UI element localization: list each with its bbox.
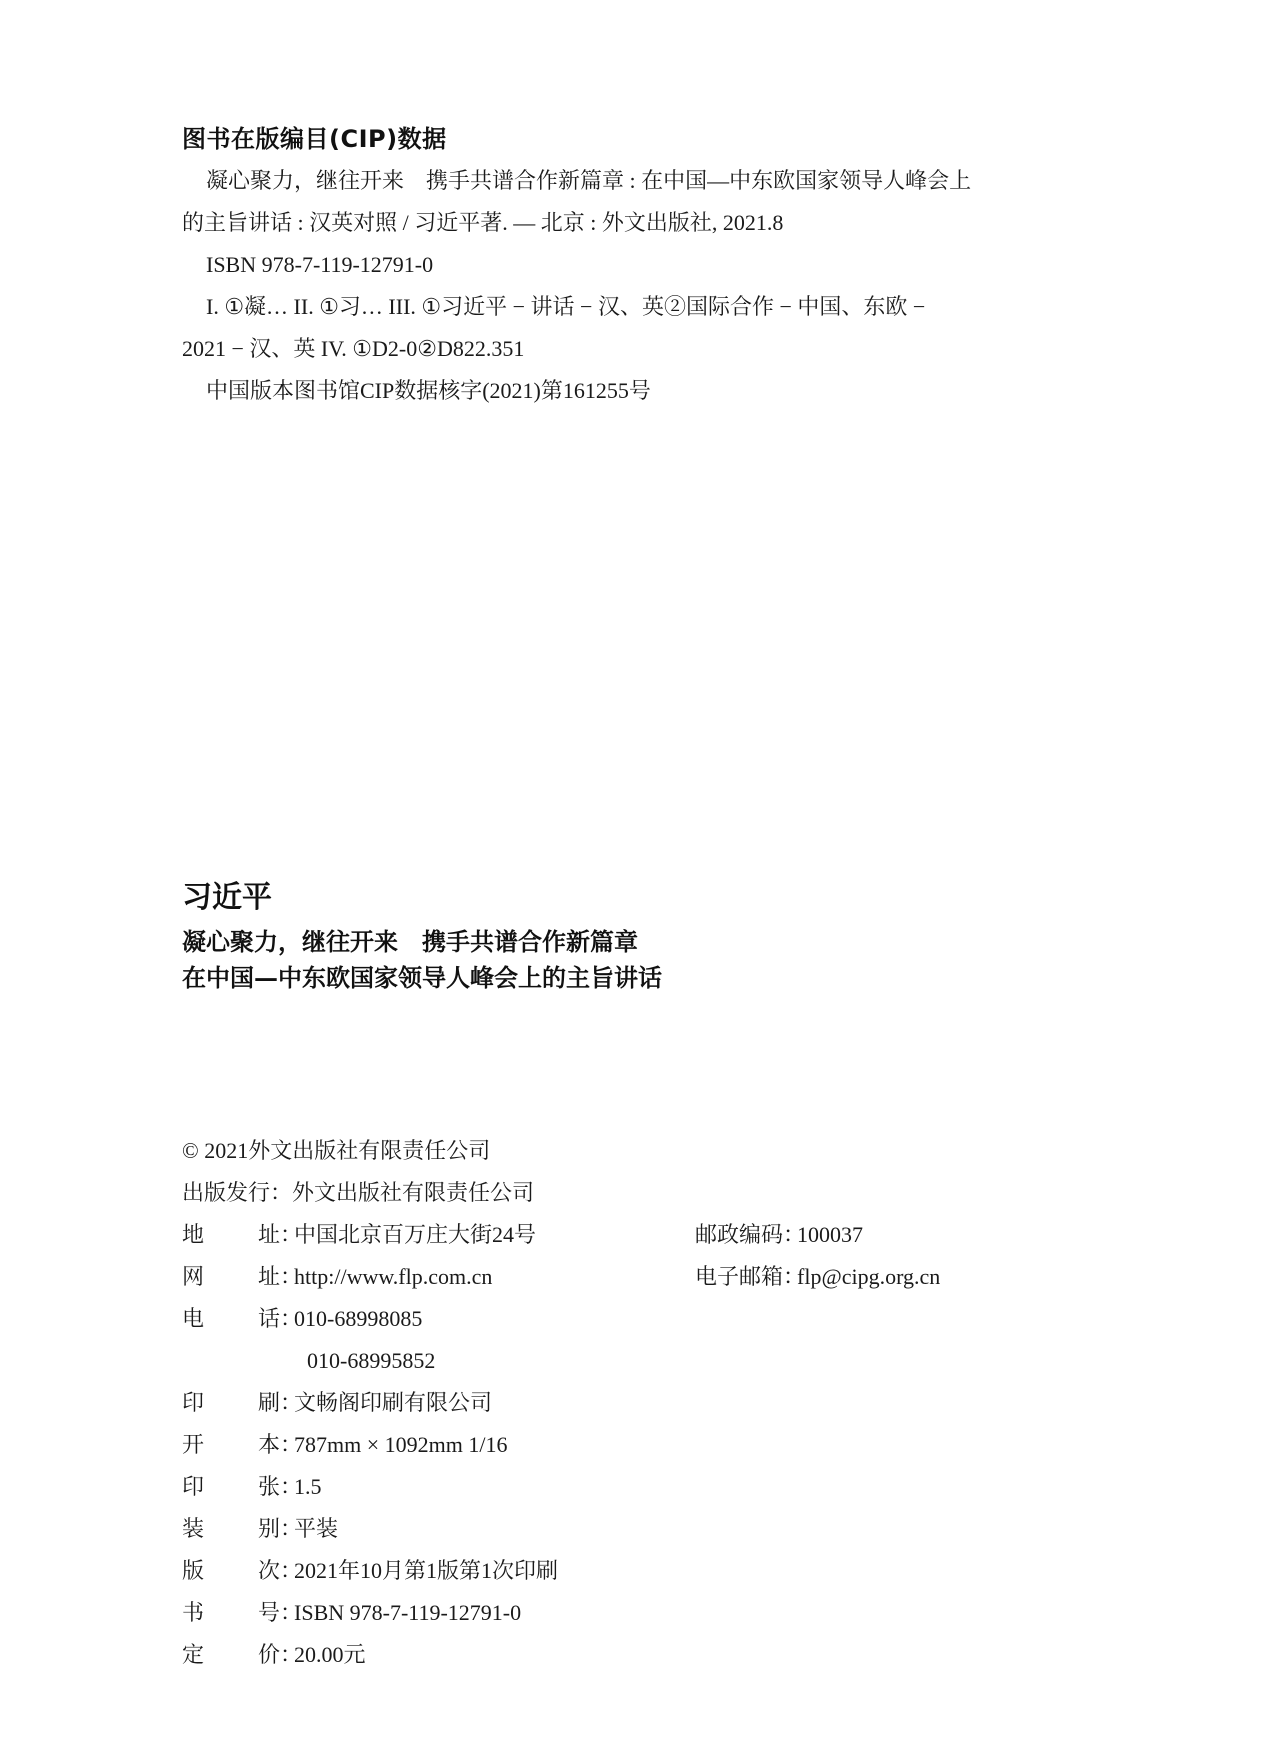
colon: ： xyxy=(783,1256,797,1298)
cip-classification: I. ①凝… II. ①习… III. ①习近平 − 讲话 − 汉、英②国际合作… xyxy=(182,286,1102,328)
colon: ： xyxy=(280,1592,294,1634)
author-name: 习近平 xyxy=(182,876,1082,924)
isbn-row: 书 号 ： ISBN 978-7-119-12791-0 xyxy=(182,1592,1082,1634)
price-row: 定 价 ： 20.00元 xyxy=(182,1634,1082,1676)
colon: ： xyxy=(280,1424,294,1466)
address-value: 中国北京百万庄大街24号 xyxy=(294,1214,536,1256)
label-char-2: 价 xyxy=(258,1634,280,1676)
label-char-1: 印 xyxy=(182,1382,258,1424)
cip-data-block: 图书在版编目(CIP)数据 凝心聚力，继往开来 携手共谱合作新篇章 : 在中国—… xyxy=(182,118,1102,412)
cip-classification-cont: 2021 − 汉、英 IV. ①D2-0②D822.351 xyxy=(182,328,1102,370)
phone-value-1: 010-68998085 xyxy=(294,1298,422,1340)
website-link[interactable]: http://www.flp.com.cn xyxy=(294,1256,492,1298)
label-char-2: 本 xyxy=(258,1424,280,1466)
book-subtitle: 在中国—中东欧国家领导人峰会上的主旨讲话 xyxy=(182,960,1082,996)
phone-value-2: 010-68995852 xyxy=(307,1340,435,1382)
copyright-page: 图书在版编目(CIP)数据 凝心聚力，继往开来 携手共谱合作新篇章 : 在中国—… xyxy=(0,0,1269,1742)
publisher-row: 出版发行： 外文出版社有限责任公司 xyxy=(182,1172,1082,1214)
cip-title-line-cont: 的主旨讲话 : 汉英对照 / 习近平著. — 北京 : 外文出版社, 2021.… xyxy=(182,202,1102,244)
isbn-value: ISBN 978-7-119-12791-0 xyxy=(294,1592,521,1634)
label-char-2: 次 xyxy=(258,1550,280,1592)
sheets-row: 印 张 ： 1.5 xyxy=(182,1466,1082,1508)
label-char-2: 址 xyxy=(258,1214,280,1256)
label-char-2: 址 xyxy=(258,1256,280,1298)
label-char-1: 电 xyxy=(182,1298,258,1340)
printer-value: 文畅阁印刷有限公司 xyxy=(294,1382,492,1424)
colon: ： xyxy=(280,1508,294,1550)
colon: ： xyxy=(280,1382,294,1424)
cip-verification-number: 中国版本图书馆CIP数据核字(2021)第161255号 xyxy=(182,370,1102,412)
phone-row: 电 话 ： 010-68998085 xyxy=(182,1298,1082,1340)
publisher-value: 外文出版社有限责任公司 xyxy=(292,1172,534,1214)
edition-value: 2021年10月第1版第1次印刷 xyxy=(294,1550,558,1592)
label-char-2: 别 xyxy=(258,1508,280,1550)
printer-row: 印 刷 ： 文畅阁印刷有限公司 xyxy=(182,1382,1082,1424)
colon: ： xyxy=(280,1256,294,1298)
colon: ： xyxy=(280,1550,294,1592)
book-title-block: 习近平 凝心聚力，继往开来 携手共谱合作新篇章 在中国—中东欧国家领导人峰会上的… xyxy=(182,876,1082,996)
colon: ： xyxy=(280,1634,294,1676)
label-char-1: 网 xyxy=(182,1256,258,1298)
binding-value: 平装 xyxy=(294,1508,338,1550)
colon: ： xyxy=(783,1214,797,1256)
binding-row: 装 别 ： 平装 xyxy=(182,1508,1082,1550)
label-char-2: 话 xyxy=(258,1298,280,1340)
cip-isbn: ISBN 978-7-119-12791-0 xyxy=(182,244,1102,286)
website-row: 网 址 ： http://www.flp.com.cn 电子邮箱 ： flp@c… xyxy=(182,1256,1082,1298)
colon: ： xyxy=(280,1214,294,1256)
colon: ： xyxy=(280,1466,294,1508)
label-char-1: 书 xyxy=(182,1592,258,1634)
label-char-1: 地 xyxy=(182,1214,258,1256)
imprint-block: © 2021外文出版社有限责任公司 出版发行： 外文出版社有限责任公司 地 址 … xyxy=(182,1130,1082,1676)
address-row: 地 址 ： 中国北京百万庄大街24号 邮政编码 ： 100037 xyxy=(182,1214,1082,1256)
format-row: 开 本 ： 787mm × 1092mm 1/16 xyxy=(182,1424,1082,1466)
sheets-value: 1.5 xyxy=(294,1466,322,1508)
format-value: 787mm × 1092mm 1/16 xyxy=(294,1424,507,1466)
label-char-2: 号 xyxy=(258,1592,280,1634)
label-char-2: 刷 xyxy=(258,1382,280,1424)
copyright-notice: © 2021外文出版社有限责任公司 xyxy=(182,1130,1082,1172)
postal-code-value: 100037 xyxy=(797,1214,863,1256)
phone-row-2: 010-68995852 xyxy=(182,1340,1082,1382)
colon: ： xyxy=(280,1298,294,1340)
email-link[interactable]: flp@cipg.org.cn xyxy=(797,1256,940,1298)
postal-code-label: 邮政编码 xyxy=(695,1214,783,1256)
price-value: 20.00元 xyxy=(294,1634,366,1676)
cip-heading: 图书在版编目(CIP)数据 xyxy=(182,118,1102,160)
label-char-1: 版 xyxy=(182,1550,258,1592)
edition-row: 版 次 ： 2021年10月第1版第1次印刷 xyxy=(182,1550,1082,1592)
label-char-1: 印 xyxy=(182,1466,258,1508)
publisher-label: 出版发行： xyxy=(182,1172,292,1214)
book-title: 凝心聚力，继往开来 携手共谱合作新篇章 xyxy=(182,924,1082,960)
email-label: 电子邮箱 xyxy=(695,1256,783,1298)
label-char-1: 开 xyxy=(182,1424,258,1466)
cip-title-line: 凝心聚力，继往开来 携手共谱合作新篇章 : 在中国—中东欧国家领导人峰会上 xyxy=(182,160,1102,202)
label-char-1: 装 xyxy=(182,1508,258,1550)
label-char-1: 定 xyxy=(182,1634,258,1676)
label-char-2: 张 xyxy=(258,1466,280,1508)
